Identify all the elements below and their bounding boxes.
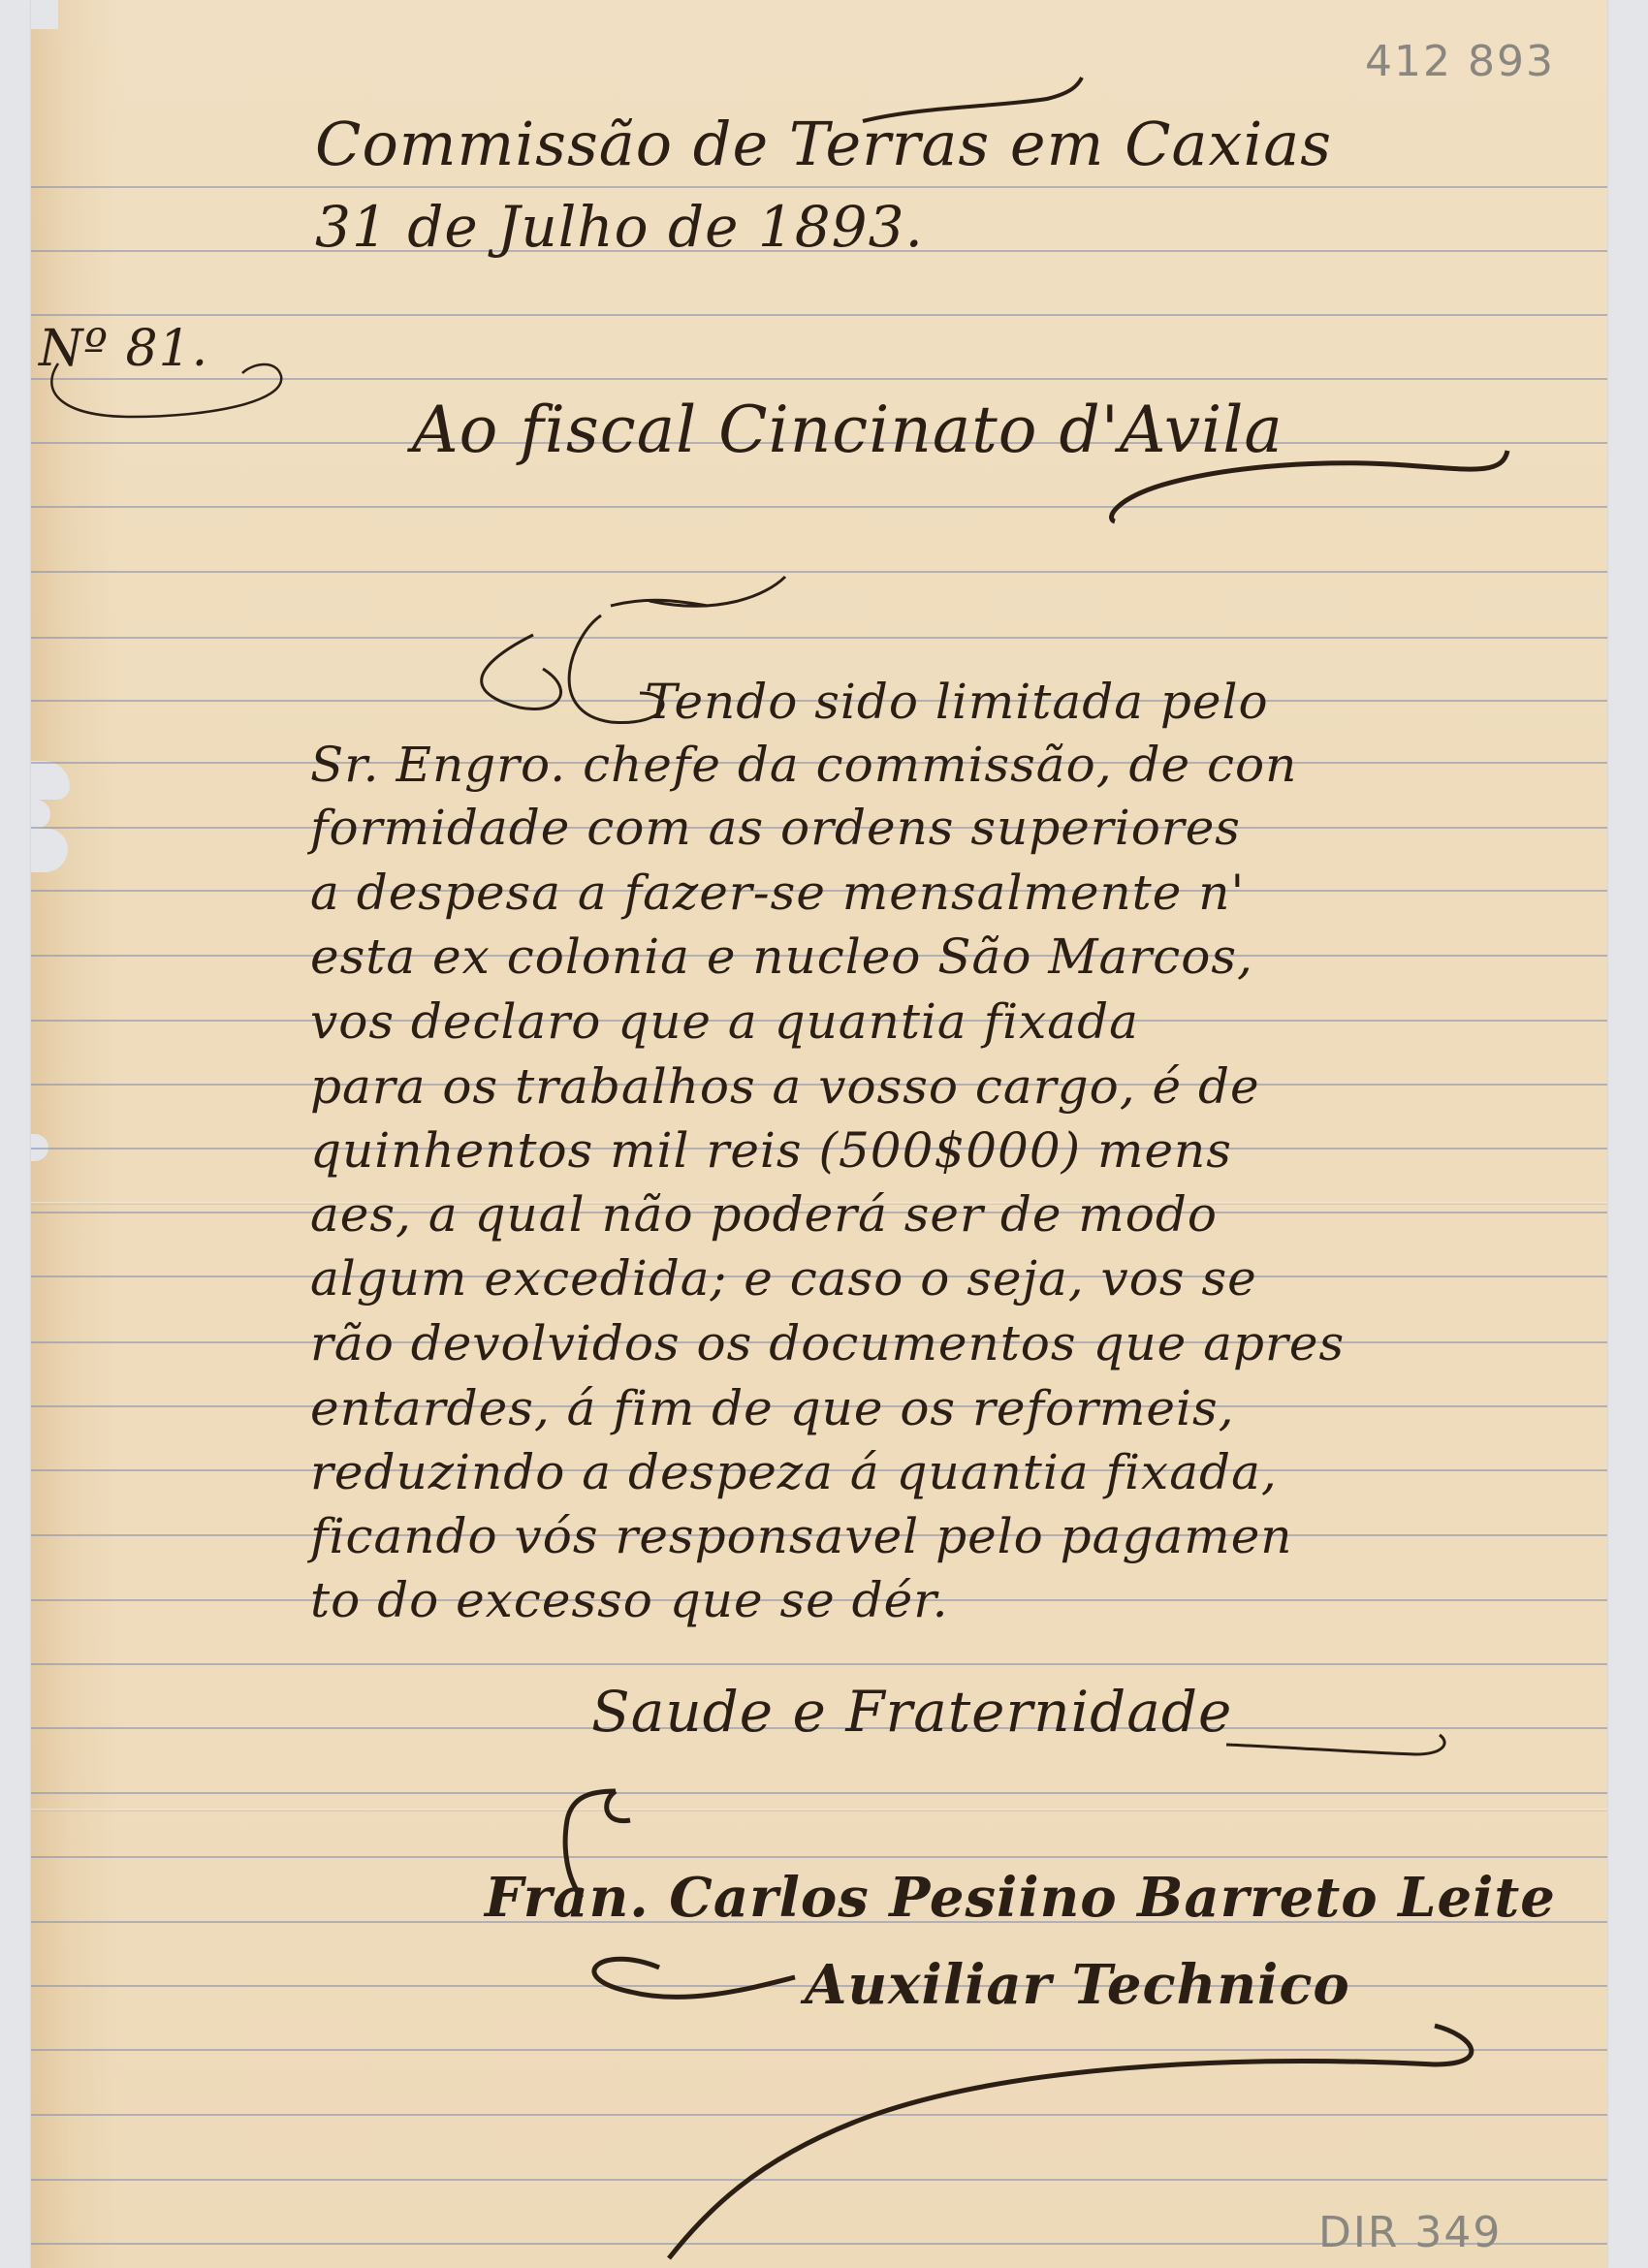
header-place: Commissão de Terras em Caxias [315,109,1332,179]
addressee-flourish [1086,446,1512,523]
torn-edge [31,761,70,800]
body-line: aes, a qual não poderá ser de modo [310,1186,1218,1243]
torn-edge [31,0,58,29]
header-flourish [853,78,1086,136]
torn-edge [31,829,68,872]
body-line: to do excesso que se dér. [310,1572,949,1628]
body-line: reduzindo a despeza á quantia fixada, [310,1444,1278,1500]
body-line: algum excedida; e caso o seja, vos se [310,1250,1257,1307]
body-line: ficando vós responsavel pelo pagamen [310,1508,1293,1564]
body-line: para os trabalhos a vosso cargo, é de [310,1058,1260,1115]
body-line: vos declaro que a quantia fixada [310,993,1139,1050]
reference-number-flourish [44,359,296,426]
fold-crease [31,1809,1607,1811]
body-line: quinhentos mil reis (500$000) mens [310,1122,1232,1179]
torn-edge [31,800,50,829]
body-line: Sr. Engro. chefe da commissão, de con [310,737,1297,793]
archive-mark-top: 412 893 [1365,37,1555,86]
body-line: rão devolvidos os documentos que apres [310,1315,1345,1371]
body-line: a despesa a fazer-se mensalmente n' [310,865,1245,921]
closing-flourish [1221,1735,1454,1774]
body-line: entardes, á fim de que os reformeis, [310,1380,1235,1436]
closing-salutation: Saude e Fraternidade [591,1679,1232,1745]
body-line: Tendo sido limitada pelo [645,674,1269,730]
body-line: formidade com as ordens superiores [310,800,1241,856]
signature-name: Fran. Carlos Pesiino Barreto Leite [485,1866,1556,1930]
body-line: esta ex colonia e nucleo São Marcos, [310,929,1253,985]
signature-underline-flourish [562,1948,1512,2258]
header-date: 31 de Julho de 1893. [315,194,924,260]
